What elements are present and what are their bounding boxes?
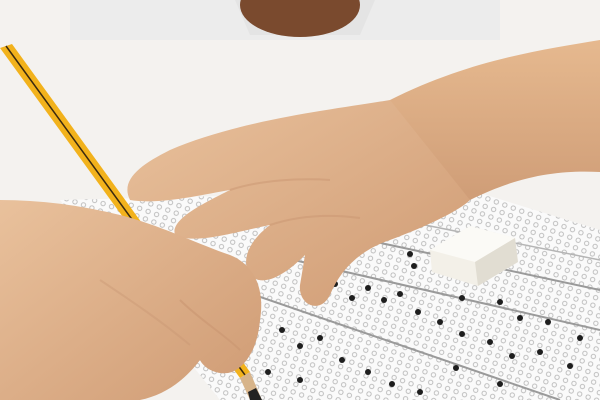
photo-scene (0, 0, 600, 400)
photo-illustration (0, 0, 600, 400)
torso (70, 0, 500, 40)
